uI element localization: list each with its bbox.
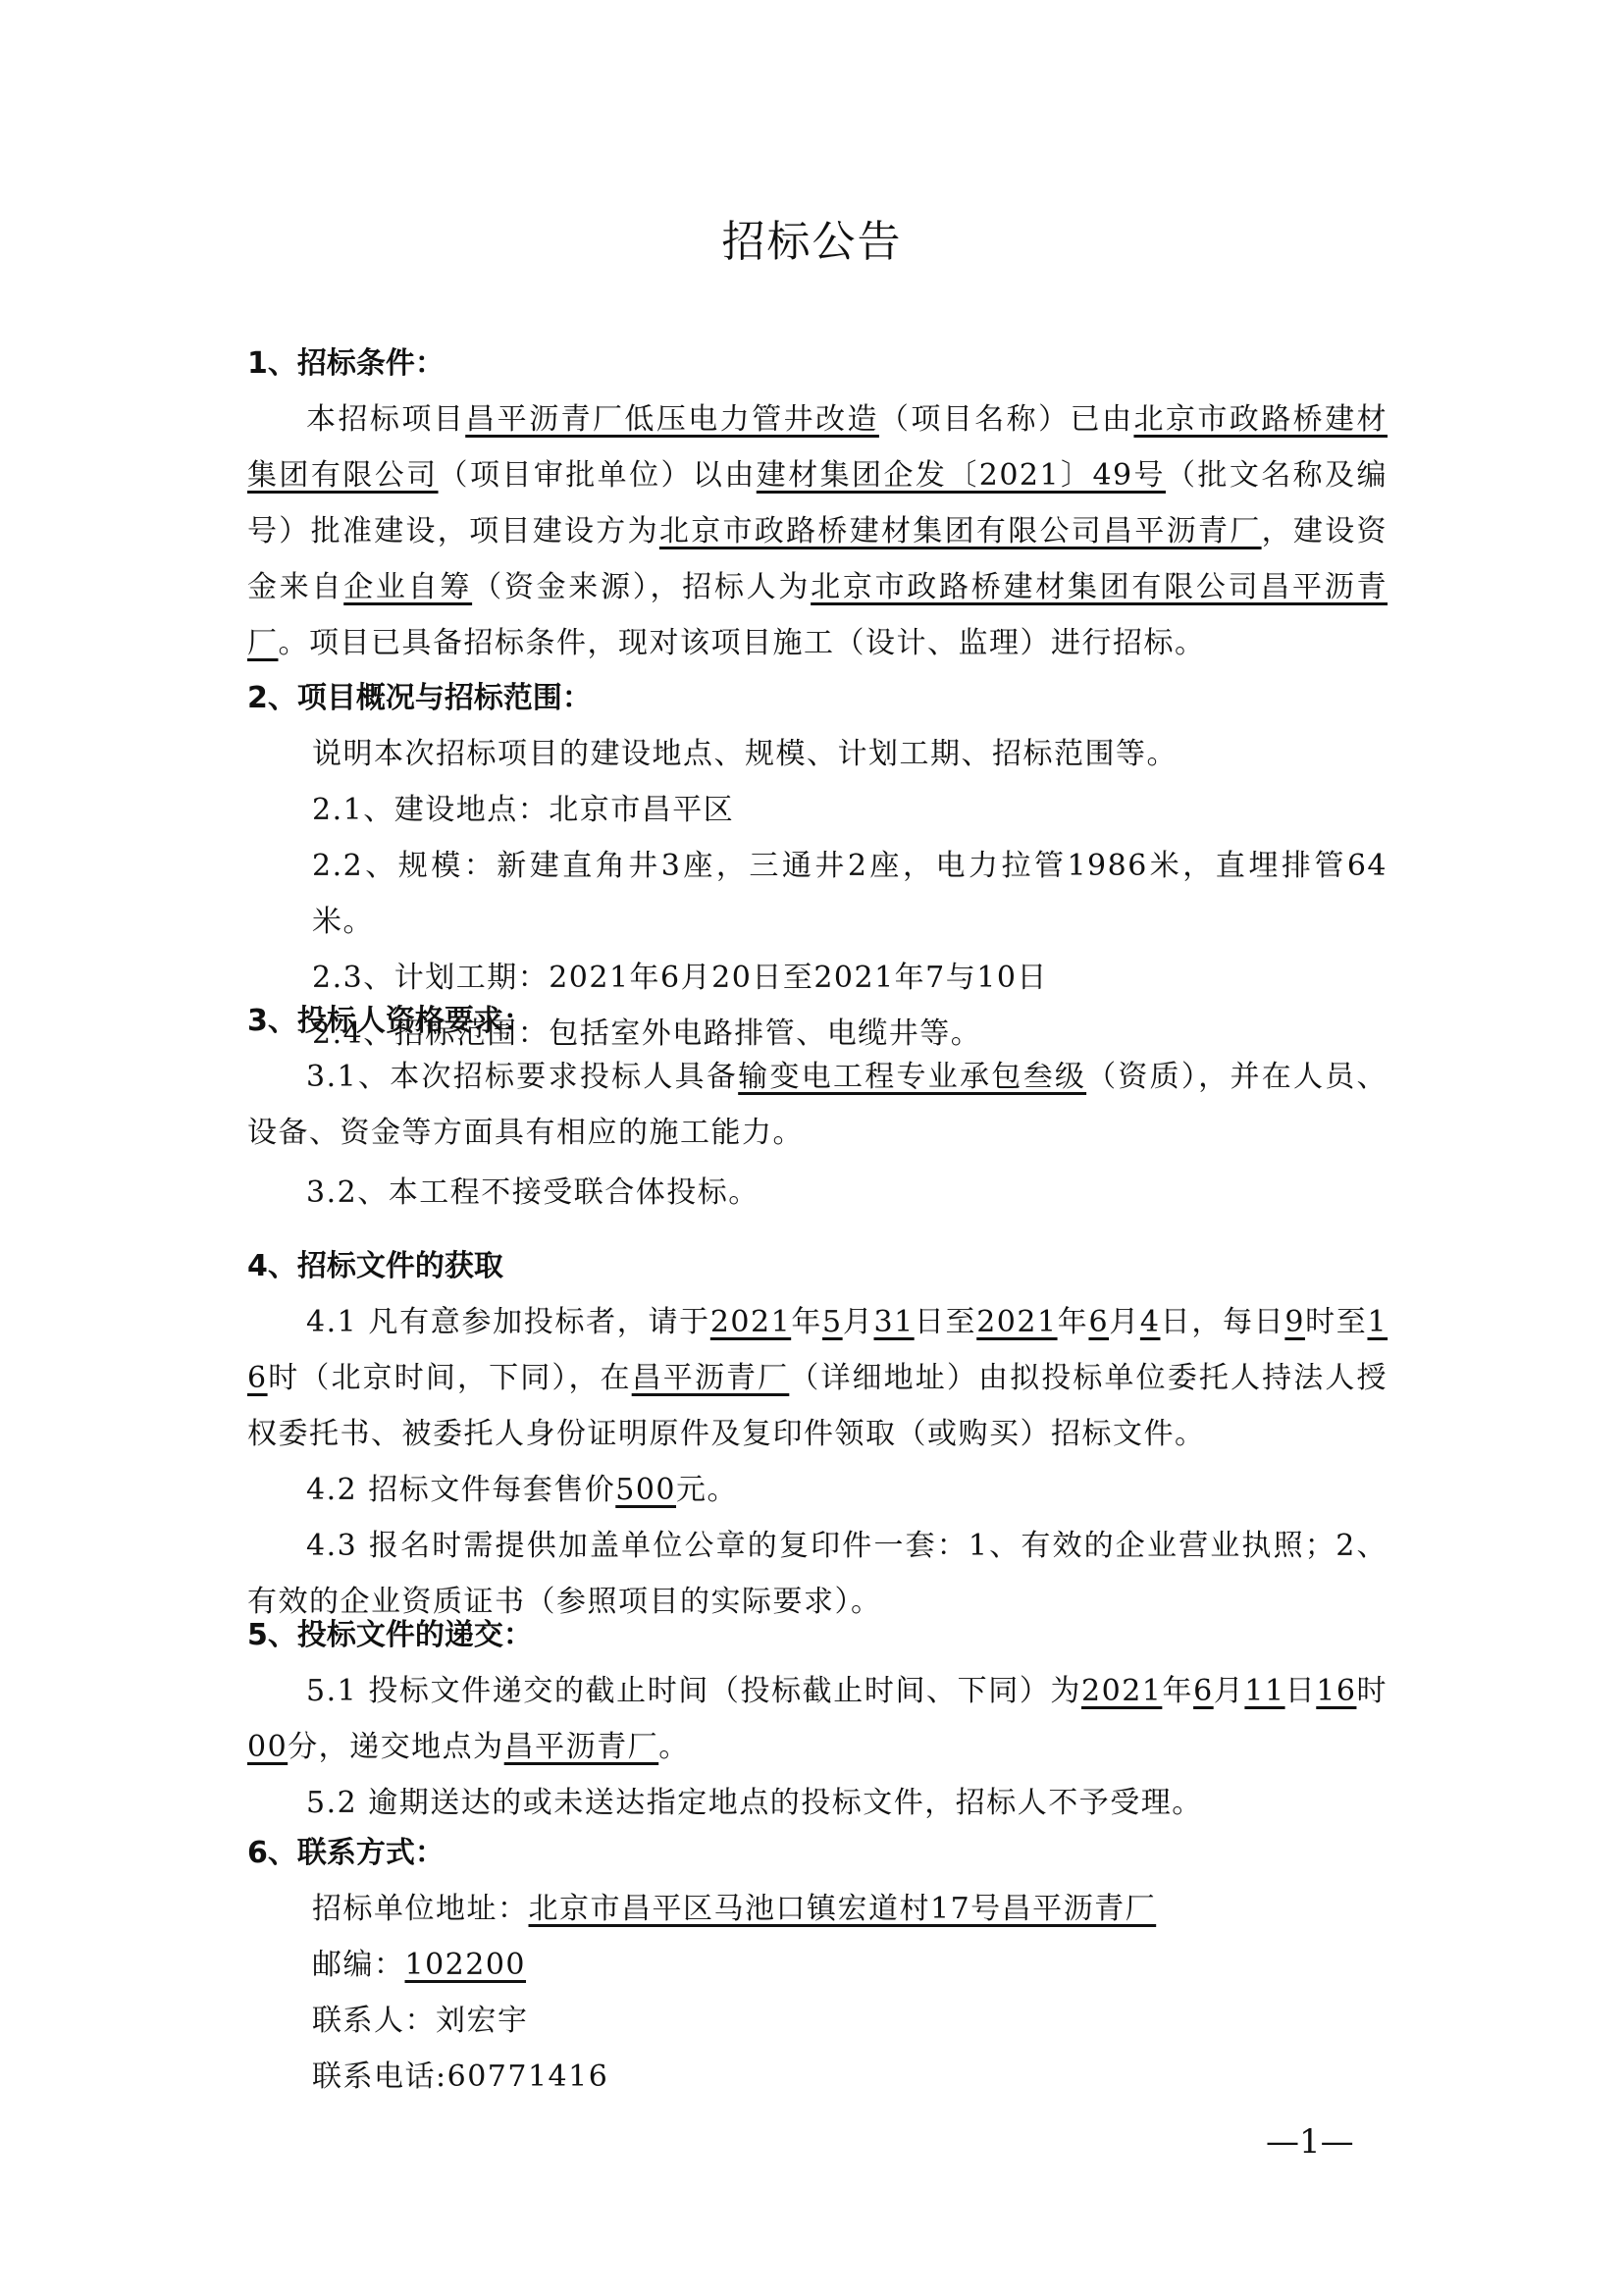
underlined-fill-in: 北京市政路桥建材集团有限公司昌平沥青厂: [659, 514, 1262, 548]
text-run: 分，递交地点为: [288, 1730, 504, 1764]
paragraph: 3.1、本次招标要求投标人具备输变电工程专业承包叁级（资质），并在人员、设备、资…: [247, 1049, 1388, 1161]
underlined-fill-in: 5: [822, 1305, 843, 1339]
paragraph: 5.1 投标文件递交的截止时间（投标截止时间、下同）为2021年6月11日16时…: [247, 1663, 1388, 1775]
text-run: 时（北京时间，下同），在: [268, 1361, 632, 1395]
text-run: 本招标项目: [306, 402, 465, 437]
underlined-fill-in: 输变电工程专业承包叁级: [738, 1060, 1086, 1094]
text-run: 日至: [915, 1305, 977, 1339]
text-run: 时至: [1305, 1305, 1368, 1339]
text-run: 3.2、本工程不接受联合体投标。: [306, 1175, 760, 1210]
text-run: 。项目已具备招标条件，现对该项目施工（设计、监理）进行招标。: [279, 626, 1206, 660]
underlined-fill-in: 9: [1284, 1305, 1305, 1339]
paragraph: 说明本次招标项目的建设地点、规模、计划工期、招标范围等。: [247, 726, 1388, 782]
paragraph: 5.2 逾期送达的或未送达指定地点的投标文件，招标人不予受理。: [247, 1775, 1388, 1831]
text-run: 招标单位地址：: [312, 1892, 529, 1926]
text-run: 年: [1058, 1305, 1089, 1339]
underlined-fill-in: 2021: [710, 1305, 791, 1339]
paragraph: 4.1 凡有意参加投标者，请于2021年5月31日至2021年6月4日，每日9时…: [247, 1294, 1388, 1462]
contact-postcode: 邮编：102200: [247, 1937, 1388, 1993]
text-run: 。: [658, 1730, 690, 1764]
text-run: 3.1、本次招标要求投标人具备: [306, 1060, 738, 1094]
section-5-submission: 5、投标文件的递交： 5.1 投标文件递交的截止时间（投标截止时间、下同）为20…: [247, 1607, 1388, 1831]
paragraph: 4.2 招标文件每套售价500元。: [247, 1462, 1388, 1518]
text-run: （资金来源），招标人为: [472, 570, 811, 604]
underlined-fill-in: 北京市昌平区马池口镇宏道村17号昌平沥青厂: [529, 1892, 1157, 1926]
underlined-fill-in: 31: [874, 1305, 915, 1339]
text-run: 年: [791, 1305, 822, 1339]
underlined-fill-in: 16: [1316, 1674, 1356, 1708]
underlined-fill-in: 昌平沥青厂低压电力管井改造: [465, 402, 879, 437]
underlined-fill-in: 建材集团企发〔2021〕49号: [757, 458, 1166, 493]
text-run: （项目名称）已由: [879, 402, 1134, 437]
text-run: 月: [1214, 1674, 1245, 1708]
text-run: 2.2、规模：新建直角井3座，三通井2座，电力拉管1986米，直埋排管64米。: [312, 849, 1388, 939]
paragraph: 2.2、规模：新建直角井3座，三通井2座，电力拉管1986米，直埋排管64米。: [247, 838, 1388, 950]
text-run: 4.2 招标文件每套售价: [306, 1473, 615, 1507]
underlined-fill-in: 6: [1088, 1305, 1109, 1339]
text-run: 月: [1109, 1305, 1140, 1339]
paragraph: 3.2、本工程不接受联合体投标。: [247, 1165, 1388, 1221]
section-6-contact: 6、联系方式： 招标单位地址：北京市昌平区马池口镇宏道村17号昌平沥青厂 邮编：…: [247, 1825, 1388, 2105]
text-run: 月: [843, 1305, 874, 1339]
document-title: 招标公告: [0, 206, 1624, 269]
text-run: 5.1 投标文件递交的截止时间（投标截止时间、下同）为: [306, 1674, 1081, 1708]
text-run: 4.1 凡有意参加投标者，请于: [306, 1305, 710, 1339]
section-1-tender-conditions: 1、招标条件： 本招标项目昌平沥青厂低压电力管井改造（项目名称）已由北京市政路桥…: [247, 336, 1388, 671]
text-run: 5.2 逾期送达的或未送达指定地点的投标文件，招标人不予受理。: [306, 1786, 1203, 1820]
underlined-fill-in: 昌平沥青厂: [632, 1361, 790, 1395]
text-run: 年: [1162, 1674, 1193, 1708]
contact-phone: 联系电话:60771416: [247, 2049, 1388, 2105]
underlined-fill-in: 6: [1193, 1674, 1214, 1708]
underlined-fill-in: 2021: [976, 1305, 1057, 1339]
section-4-obtain-documents: 4、招标文件的获取 4.1 凡有意参加投标者，请于2021年5月31日至2021…: [247, 1238, 1388, 1630]
text-run: 说明本次招标项目的建设地点、规模、计划工期、招标范围等。: [312, 737, 1178, 771]
underlined-fill-in: 昌平沥青厂: [504, 1730, 659, 1764]
text-run: 邮编：: [312, 1948, 405, 1982]
section-heading: 2、项目概况与招标范围：: [247, 670, 1388, 726]
section-heading: 5、投标文件的递交：: [247, 1607, 1388, 1663]
text-run: 2.3、计划工期：2021年6月20日至2021年7与10日: [312, 961, 1048, 995]
underlined-fill-in: 500: [615, 1473, 676, 1507]
text-run: 时: [1356, 1674, 1388, 1708]
text-run: 联系人：刘宏宇: [312, 2004, 529, 2038]
contact-person: 联系人：刘宏宇: [247, 1993, 1388, 2049]
text-run: 2.1、建设地点：北京市昌平区: [312, 793, 734, 827]
section-heading: 6、联系方式：: [247, 1825, 1388, 1881]
paragraph: 本招标项目昌平沥青厂低压电力管井改造（项目名称）已由北京市政路桥建材集团有限公司…: [247, 391, 1388, 671]
underlined-fill-in: 00: [247, 1730, 288, 1764]
underlined-fill-in: 102200: [405, 1948, 527, 1982]
text-run: 日: [1285, 1674, 1317, 1708]
section-heading: 4、招标文件的获取: [247, 1238, 1388, 1294]
section-3-bidder-qualification: 3、投标人资格要求： 3.1、本次招标要求投标人具备输变电工程专业承包叁级（资质…: [247, 993, 1388, 1221]
text-run: 日，每日: [1160, 1305, 1284, 1339]
section-heading: 3、投标人资格要求：: [247, 993, 1388, 1049]
text-run: 元。: [676, 1473, 738, 1507]
underlined-fill-in: 4: [1140, 1305, 1161, 1339]
section-heading: 1、招标条件：: [247, 336, 1388, 391]
contact-address: 招标单位地址：北京市昌平区马池口镇宏道村17号昌平沥青厂: [247, 1881, 1388, 1937]
text-run: （项目审批单位）以由: [439, 458, 757, 493]
underlined-fill-in: 2021: [1081, 1674, 1162, 1708]
page-number: —1—: [1266, 2122, 1354, 2162]
text-run: 联系电话:60771416: [312, 2060, 608, 2094]
document-page: 招标公告 1、招标条件： 本招标项目昌平沥青厂低压电力管井改造（项目名称）已由北…: [0, 0, 1624, 2295]
text-run: 4.3 报名时需提供加盖单位公章的复印件一套：1、有效的企业营业执照；2、有效的…: [247, 1529, 1388, 1619]
underlined-fill-in: 企业自筹: [343, 570, 472, 604]
underlined-fill-in: 11: [1244, 1674, 1284, 1708]
paragraph: 2.1、建设地点：北京市昌平区: [247, 782, 1388, 838]
